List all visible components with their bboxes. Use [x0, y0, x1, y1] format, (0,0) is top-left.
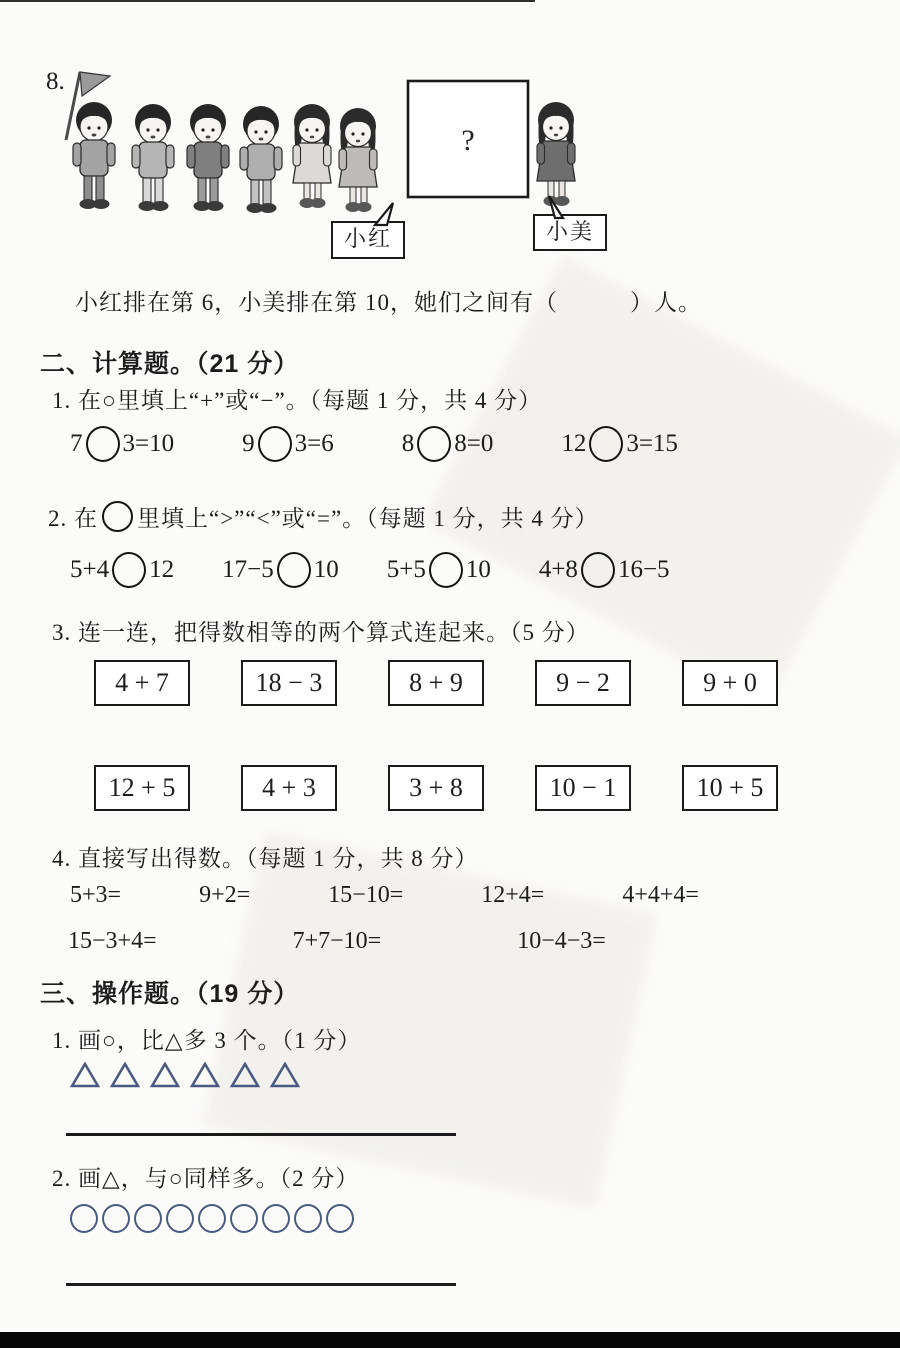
expression-box: 8 + 9 [388, 660, 484, 706]
circle-problem: 123=15 [561, 426, 678, 462]
section2-q4-title: 4. 直接写出得数。（每题 1 分，共 8 分） [52, 840, 479, 873]
worksheet-page: 8. [0, 0, 900, 1348]
answer-circle [581, 552, 615, 588]
answer-circle [112, 552, 146, 588]
answer-circle [589, 426, 623, 462]
problem-right: 3=10 [123, 430, 175, 458]
triangle-shape [70, 1062, 100, 1088]
child-figure [187, 104, 229, 211]
triangle-shape [190, 1062, 220, 1088]
circle-problem: 5+510 [387, 552, 491, 588]
child-figure [73, 102, 115, 209]
expression: 15−3+4= [68, 928, 157, 955]
q2-title-prefix: 2. 在 [48, 506, 98, 531]
circle-shape [294, 1204, 322, 1233]
circle-shape [70, 1204, 98, 1233]
expression-box: 18 − 3 [241, 660, 337, 706]
bubble-tail [543, 194, 567, 218]
problem-left: 4+8 [539, 556, 578, 584]
child-figure-xiaomei [537, 102, 575, 206]
expression-box: 4 + 3 [241, 765, 337, 811]
title-circle-shape [102, 501, 133, 532]
circle-shape [262, 1204, 290, 1233]
section2-q3-title: 3. 连一连，把得数相等的两个算式连起来。（5 分） [52, 614, 590, 647]
circle-problem: 4+816−5 [539, 552, 670, 588]
child-figure [240, 106, 282, 213]
answer-circle [429, 552, 463, 588]
scan-edge-bottom [0, 1332, 900, 1348]
expression: 9+2= [199, 882, 250, 909]
expression: 7+7−10= [293, 928, 382, 955]
section2-q1-problems: 73=1093=688=0123=15 [70, 426, 678, 462]
problem-right: 8=0 [454, 430, 493, 458]
expression-box: 10 + 5 [682, 765, 778, 811]
scan-edge-top [0, 0, 535, 2]
answer-line [66, 1283, 456, 1286]
problem-left: 7 [70, 430, 83, 458]
problem-left: 17−5 [222, 556, 274, 584]
problem-right: 16−5 [618, 556, 670, 584]
xiaohong-label: 小红 [344, 226, 392, 251]
answer-circle [417, 426, 451, 462]
triangle-shape [230, 1062, 260, 1088]
child-figure [293, 104, 331, 208]
question-mark: ? [461, 124, 474, 157]
circle-shape [198, 1204, 226, 1233]
expression-box: 9 + 0 [682, 660, 778, 706]
circle-shape [326, 1204, 354, 1233]
expression-box: 3 + 8 [388, 765, 484, 811]
expression: 4+4+4= [622, 882, 699, 909]
expression-box: 4 + 7 [94, 660, 190, 706]
section2-q1-title: 1. 在○里填上“+”或“−”。（每题 1 分，共 4 分） [52, 382, 542, 415]
xiaomei-label: 小美 [546, 219, 594, 244]
section2-header: 二、计算题。（21 分） [40, 344, 299, 380]
circle-problem: 93=6 [242, 426, 334, 462]
problem-left: 8 [402, 430, 415, 458]
problem-left: 9 [242, 430, 255, 458]
triangles-row [70, 1062, 310, 1088]
circle-problem: 73=10 [70, 426, 174, 462]
expression-box: 9 − 2 [535, 660, 631, 706]
circle-problem: 5+412 [70, 552, 174, 588]
child-figure-xiaohong [339, 108, 377, 212]
answer-line [66, 1133, 456, 1136]
xiaohong-label-bubble: 小红 [331, 221, 405, 259]
bubble-tail [373, 201, 397, 225]
answer-circle [258, 426, 292, 462]
triangle-shape [270, 1062, 300, 1088]
expression: 12+4= [481, 882, 544, 909]
problem-left: 5+4 [70, 556, 109, 584]
circle-shape [102, 1204, 130, 1233]
xiaomei-label-bubble: 小美 [533, 214, 607, 251]
section2-q3-row1: 4 + 718 − 38 + 99 − 29 + 0 [94, 660, 778, 706]
problem-left: 12 [561, 430, 586, 458]
circle-problem: 88=0 [402, 426, 494, 462]
triangle-shape [150, 1062, 180, 1088]
problem-right: 10 [314, 556, 339, 584]
section2-q2-problems: 5+41217−5105+5104+816−5 [70, 552, 670, 588]
section2-q4-row1: 5+3=9+2=15−10=12+4=4+4+4= [70, 882, 699, 909]
section2-q3-row2: 12 + 54 + 33 + 810 − 110 + 5 [94, 765, 778, 811]
expression: 10−4−3= [517, 928, 606, 955]
problem-right: 3=15 [626, 430, 678, 458]
q2-title-suffix: 里填上“>”“<”或“=”。（每题 1 分，共 4 分） [137, 506, 599, 531]
problem-right: 3=6 [295, 430, 334, 458]
question8-text: 小红排在第 6，小美排在第 10，她们之间有（ ）人。 [75, 284, 702, 317]
answer-circle [277, 552, 311, 588]
answer-circle [86, 426, 120, 462]
expression-box: 12 + 5 [94, 765, 190, 811]
problem-right: 12 [149, 556, 174, 584]
child-figure [132, 104, 174, 211]
problem-right: 10 [466, 556, 491, 584]
section3-q2-title: 2. 画△，与○同样多。（2 分） [52, 1160, 359, 1193]
expression: 5+3= [70, 882, 121, 909]
expression: 15−10= [328, 882, 403, 909]
problem-left: 5+5 [387, 556, 426, 584]
section3-header: 三、操作题。（19 分） [40, 974, 299, 1010]
circles-row [70, 1204, 358, 1233]
section2-q4-row2: 15−3+4=7+7−10=10−4−3= [68, 928, 606, 955]
circle-shape [166, 1204, 194, 1233]
circle-shape [134, 1204, 162, 1233]
section3-q1-title: 1. 画○，比△多 3 个。（1 分） [52, 1022, 361, 1055]
expression-box: 10 − 1 [535, 765, 631, 811]
circle-shape [230, 1204, 258, 1233]
triangle-shape [110, 1062, 140, 1088]
circle-problem: 17−510 [222, 552, 339, 588]
section2-q2-title: 2. 在里填上“>”“<”或“=”。（每题 1 分，共 4 分） [48, 500, 599, 533]
